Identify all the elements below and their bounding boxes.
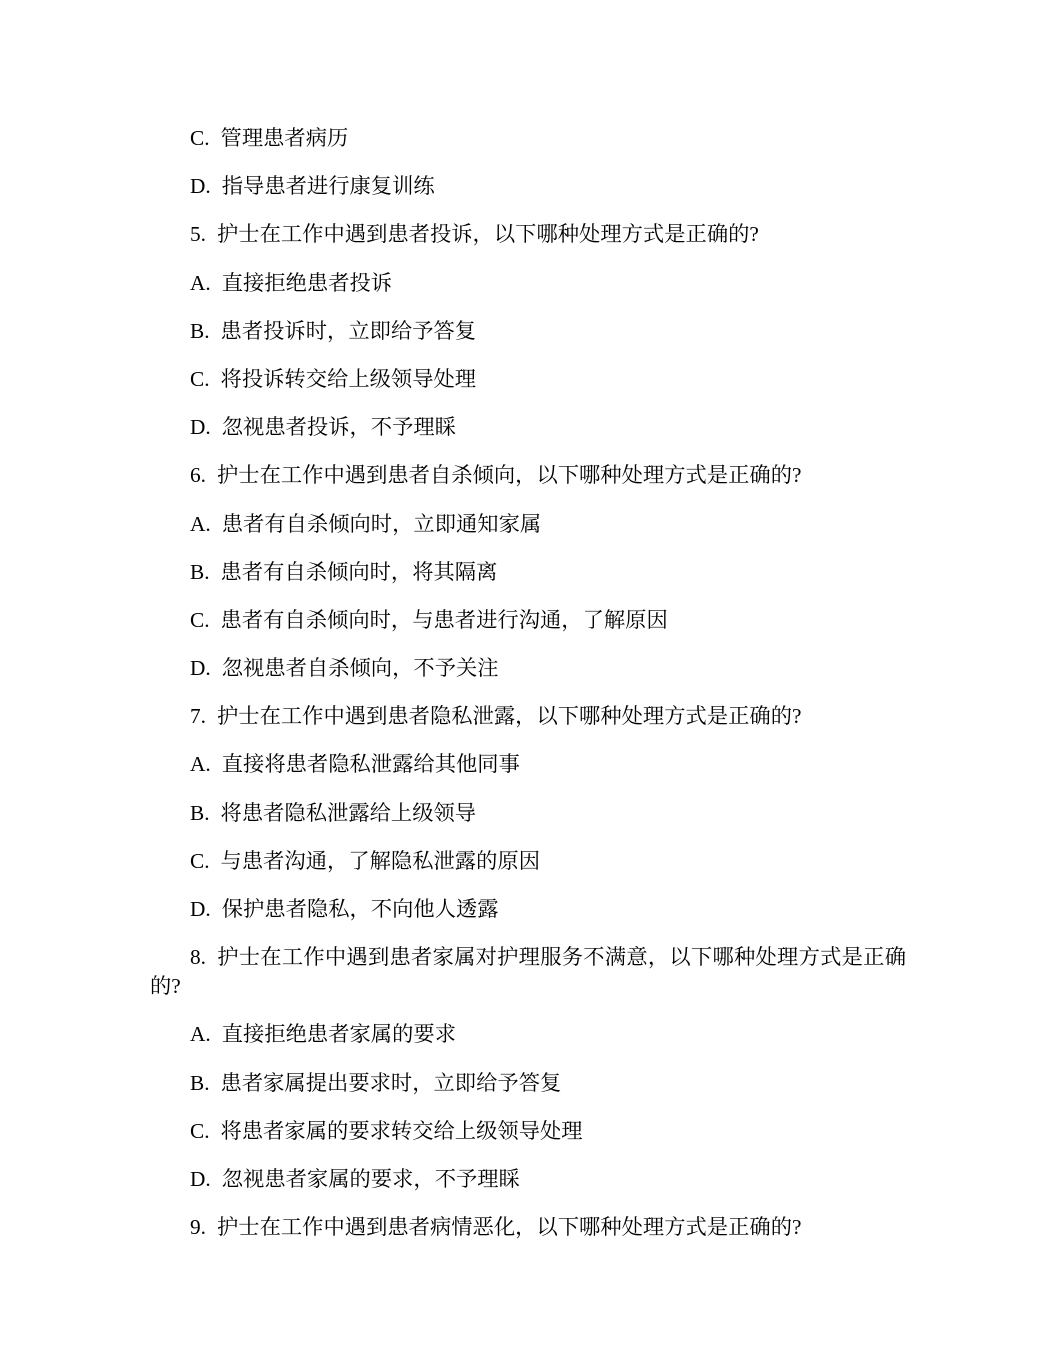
question-number: 6. (190, 463, 206, 487)
question-number: 8. (190, 945, 206, 969)
option-paragraph: B.患者投诉时，立即给予答复 (150, 317, 906, 346)
option-label: B. (190, 1071, 210, 1095)
option-paragraph: C.患者有自杀倾向时，与患者进行沟通，了解原因 (150, 606, 906, 635)
question-paragraph: 6.护士在工作中遇到患者自杀倾向，以下哪种处理方式是正确的? (150, 461, 906, 490)
option-text: 忽视患者家属的要求，不予理睬 (222, 1167, 520, 1191)
option-text: 忽视患者投诉，不予理睬 (222, 415, 456, 439)
option-label: D. (190, 656, 211, 680)
option-label: C. (190, 367, 210, 391)
question-paragraph: 8.护士在工作中遇到患者家属对护理服务不满意，以下哪种处理方式是正确的? (150, 943, 906, 1001)
option-text: 直接拒绝患者家属的要求 (222, 1022, 456, 1046)
question-text: 护士在工作中遇到患者病情恶化，以下哪种处理方式是正确的? (217, 1215, 801, 1239)
option-paragraph: A.直接将患者隐私泄露给其他同事 (150, 750, 906, 779)
option-paragraph: C.与患者沟通，了解隐私泄露的原因 (150, 847, 906, 876)
option-text: 忽视患者自杀倾向，不予关注 (222, 656, 499, 680)
question-text: 护士在工作中遇到患者投诉，以下哪种处理方式是正确的? (217, 222, 759, 246)
option-label: A. (190, 512, 211, 536)
option-label: D. (190, 897, 211, 921)
option-text: 患者投诉时，立即给予答复 (221, 319, 477, 343)
option-text: 患者有自杀倾向时，与患者进行沟通，了解原因 (221, 608, 668, 632)
option-paragraph: D.忽视患者家属的要求，不予理睬 (150, 1165, 906, 1194)
option-paragraph: D.忽视患者投诉，不予理睬 (150, 413, 906, 442)
option-text: 将患者家属的要求转交给上级领导处理 (221, 1119, 583, 1143)
option-paragraph: B.将患者隐私泄露给上级领导 (150, 799, 906, 828)
option-label: C. (190, 1119, 210, 1143)
option-paragraph: B.患者有自杀倾向时，将其隔离 (150, 558, 906, 587)
question-number: 7. (190, 704, 206, 728)
option-paragraph: A.患者有自杀倾向时，立即通知家属 (150, 510, 906, 539)
document-page: C.管理患者病历 D.指导患者进行康复训练 5.护士在工作中遇到患者投诉，以下哪… (0, 0, 1056, 1365)
option-label: A. (190, 1022, 211, 1046)
option-label: C. (190, 126, 210, 150)
option-label: D. (190, 1167, 211, 1191)
option-label: B. (190, 801, 210, 825)
option-paragraph: C.将患者家属的要求转交给上级领导处理 (150, 1117, 906, 1146)
option-text: 指导患者进行康复训练 (222, 174, 435, 198)
option-paragraph: A.直接拒绝患者家属的要求 (150, 1020, 906, 1049)
option-text: 患者有自杀倾向时，将其隔离 (221, 560, 498, 584)
option-text: 保护患者隐私，不向他人透露 (222, 897, 499, 921)
option-label: D. (190, 174, 211, 198)
option-text: 将投诉转交给上级领导处理 (221, 367, 477, 391)
option-text: 与患者沟通，了解隐私泄露的原因 (221, 849, 540, 873)
question-number: 5. (190, 222, 206, 246)
option-paragraph: D.指导患者进行康复训练 (150, 172, 906, 201)
option-label: C. (190, 608, 210, 632)
option-text: 管理患者病历 (221, 126, 349, 150)
option-paragraph: A.直接拒绝患者投诉 (150, 269, 906, 298)
option-paragraph: B.患者家属提出要求时，立即给予答复 (150, 1069, 906, 1098)
option-label: C. (190, 849, 210, 873)
option-label: B. (190, 319, 210, 343)
question-paragraph: 9.护士在工作中遇到患者病情恶化，以下哪种处理方式是正确的? (150, 1213, 906, 1242)
option-text: 直接将患者隐私泄露给其他同事 (222, 752, 520, 776)
option-text: 患者有自杀倾向时，立即通知家属 (222, 512, 541, 536)
option-text: 直接拒绝患者投诉 (222, 271, 392, 295)
question-paragraph: 5.护士在工作中遇到患者投诉，以下哪种处理方式是正确的? (150, 220, 906, 249)
option-label: A. (190, 271, 211, 295)
option-label: D. (190, 415, 211, 439)
option-paragraph: C.管理患者病历 (150, 124, 906, 153)
option-label: B. (190, 560, 210, 584)
question-number: 9. (190, 1215, 206, 1239)
question-text: 护士在工作中遇到患者家属对护理服务不满意，以下哪种处理方式是正确的? (150, 945, 906, 998)
option-text: 将患者隐私泄露给上级领导 (221, 801, 477, 825)
question-paragraph: 7.护士在工作中遇到患者隐私泄露，以下哪种处理方式是正确的? (150, 702, 906, 731)
question-text: 护士在工作中遇到患者隐私泄露，以下哪种处理方式是正确的? (217, 704, 801, 728)
option-label: A. (190, 752, 211, 776)
option-paragraph: C.将投诉转交给上级领导处理 (150, 365, 906, 394)
option-paragraph: D.保护患者隐私，不向他人透露 (150, 895, 906, 924)
question-text: 护士在工作中遇到患者自杀倾向，以下哪种处理方式是正确的? (217, 463, 801, 487)
option-paragraph: D.忽视患者自杀倾向，不予关注 (150, 654, 906, 683)
option-text: 患者家属提出要求时，立即给予答复 (221, 1071, 562, 1095)
